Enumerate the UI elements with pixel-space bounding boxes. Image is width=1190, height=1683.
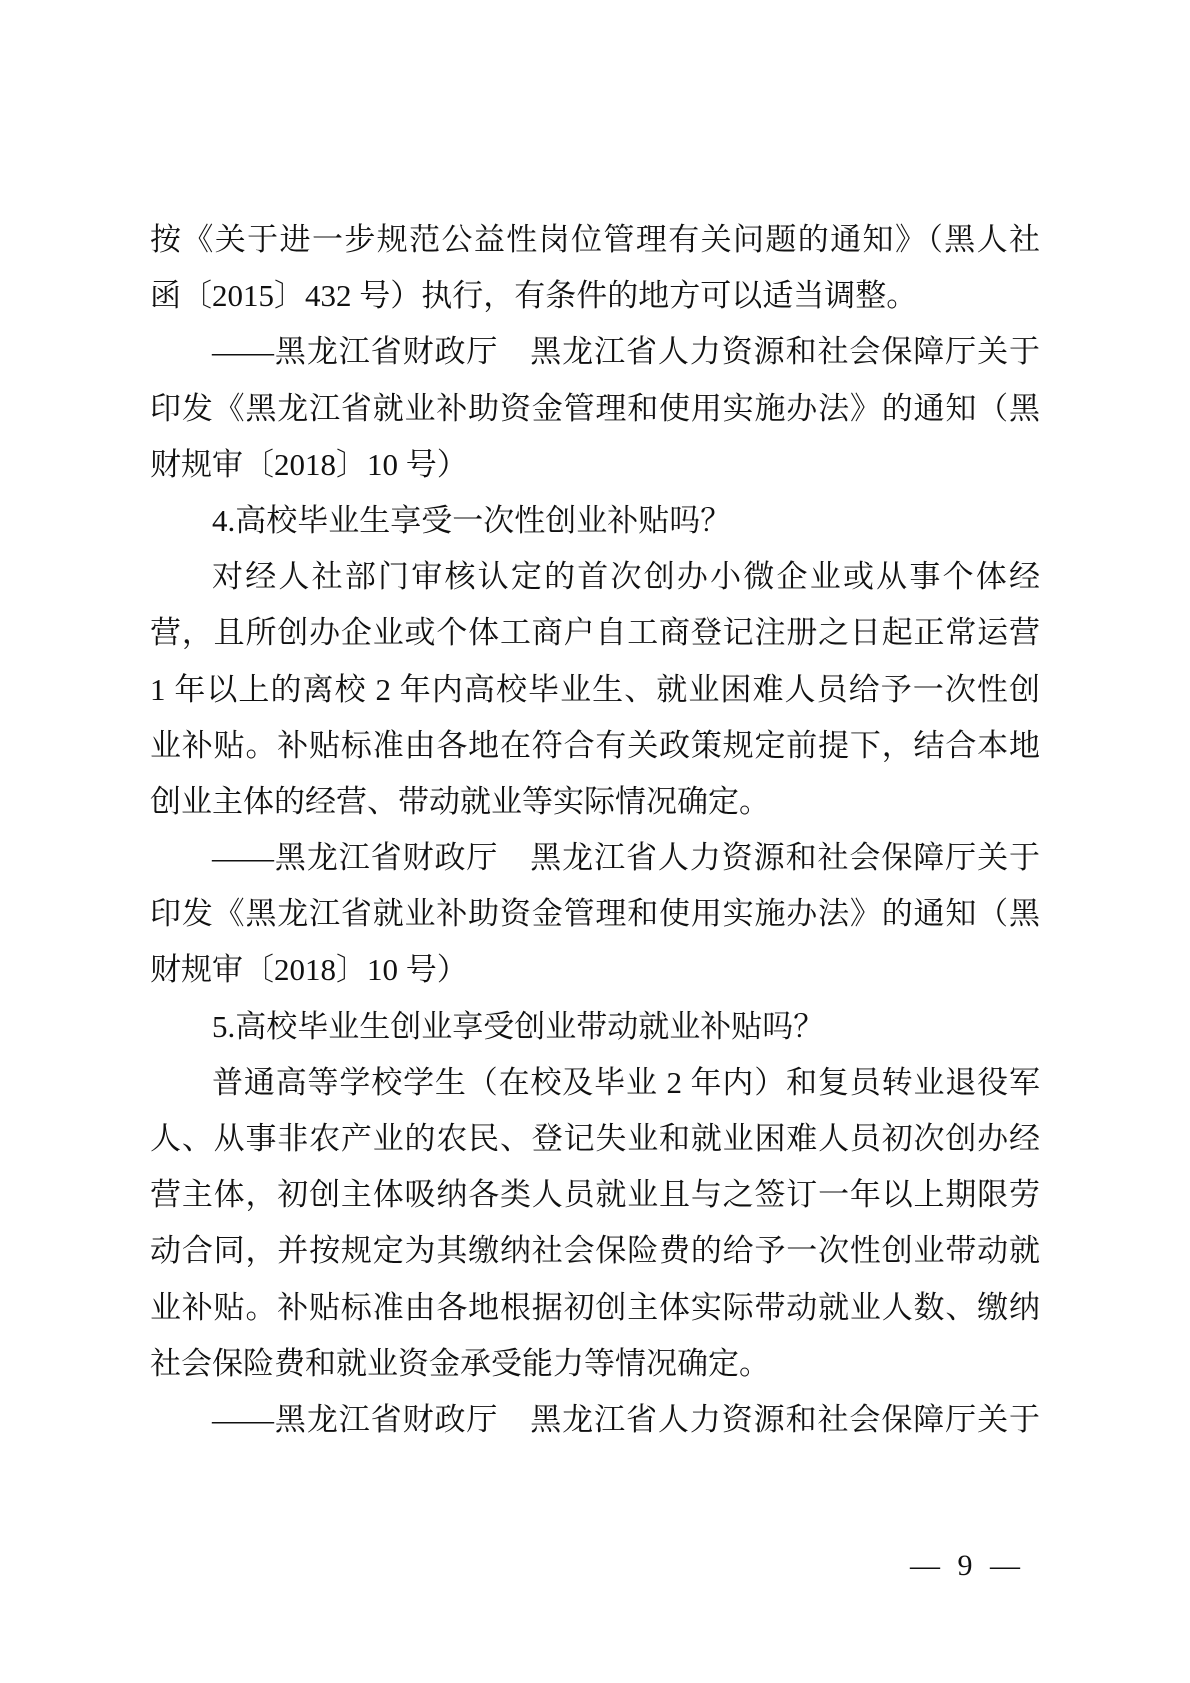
text-line: 函〔2015〕432 号）执行，有条件的地方可以适当调整。 xyxy=(150,268,1040,324)
text-line: 人、从事非农产业的农民、登记失业和就业困难人员初次创办经 xyxy=(150,1111,1040,1167)
text-line: 财规审〔2018〕10 号） xyxy=(150,942,1040,998)
text-line: 印发《黑龙江省就业补助资金管理和使用实施办法》的通知（黑 xyxy=(150,381,1040,437)
text-line: 按《关于进一步规范公益性岗位管理有关问题的通知》（黑人社 xyxy=(150,212,1040,268)
text-line-source-attribution: ——黑龙江省财政厅 黑龙江省人力资源和社会保障厅关于 xyxy=(150,324,1040,380)
document-body: 按《关于进一步规范公益性岗位管理有关问题的通知》（黑人社 函〔2015〕432 … xyxy=(150,212,1040,1448)
text-line-question-5: 5.高校毕业生创业享受创业带动就业补贴吗？ xyxy=(150,999,1040,1055)
text-line-source-attribution: ——黑龙江省财政厅 黑龙江省人力资源和社会保障厅关于 xyxy=(150,1392,1040,1448)
text-line: 业补贴。补贴标准由各地在符合有关政策规定前提下，结合本地 xyxy=(150,718,1040,774)
text-line-question-4: 4.高校毕业生享受一次性创业补贴吗？ xyxy=(150,493,1040,549)
text-line: 1 年以上的离校 2 年内高校毕业生、就业困难人员给予一次性创 xyxy=(150,662,1040,718)
text-line: 社会保险费和就业资金承受能力等情况确定。 xyxy=(150,1336,1040,1392)
text-line: 印发《黑龙江省就业补助资金管理和使用实施办法》的通知（黑 xyxy=(150,886,1040,942)
document-page: 按《关于进一步规范公益性岗位管理有关问题的通知》（黑人社 函〔2015〕432 … xyxy=(0,0,1190,1683)
page-number: — 9 — xyxy=(910,1546,1020,1586)
text-line: 财规审〔2018〕10 号） xyxy=(150,437,1040,493)
text-line-source-attribution: ——黑龙江省财政厅 黑龙江省人力资源和社会保障厅关于 xyxy=(150,830,1040,886)
text-line: 业补贴。补贴标准由各地根据初创主体实际带动就业人数、缴纳 xyxy=(150,1280,1040,1336)
text-line: 普通高等学校学生（在校及毕业 2 年内）和复员转业退役军 xyxy=(150,1055,1040,1111)
text-line: 营主体，初创主体吸纳各类人员就业且与之签订一年以上期限劳 xyxy=(150,1167,1040,1223)
text-line: 动合同，并按规定为其缴纳社会保险费的给予一次性创业带动就 xyxy=(150,1223,1040,1279)
text-line: 创业主体的经营、带动就业等实际情况确定。 xyxy=(150,774,1040,830)
text-line: 营，且所创办企业或个体工商户自工商登记注册之日起正常运营 xyxy=(150,605,1040,661)
text-line: 对经人社部门审核认定的首次创办小微企业或从事个体经 xyxy=(150,549,1040,605)
